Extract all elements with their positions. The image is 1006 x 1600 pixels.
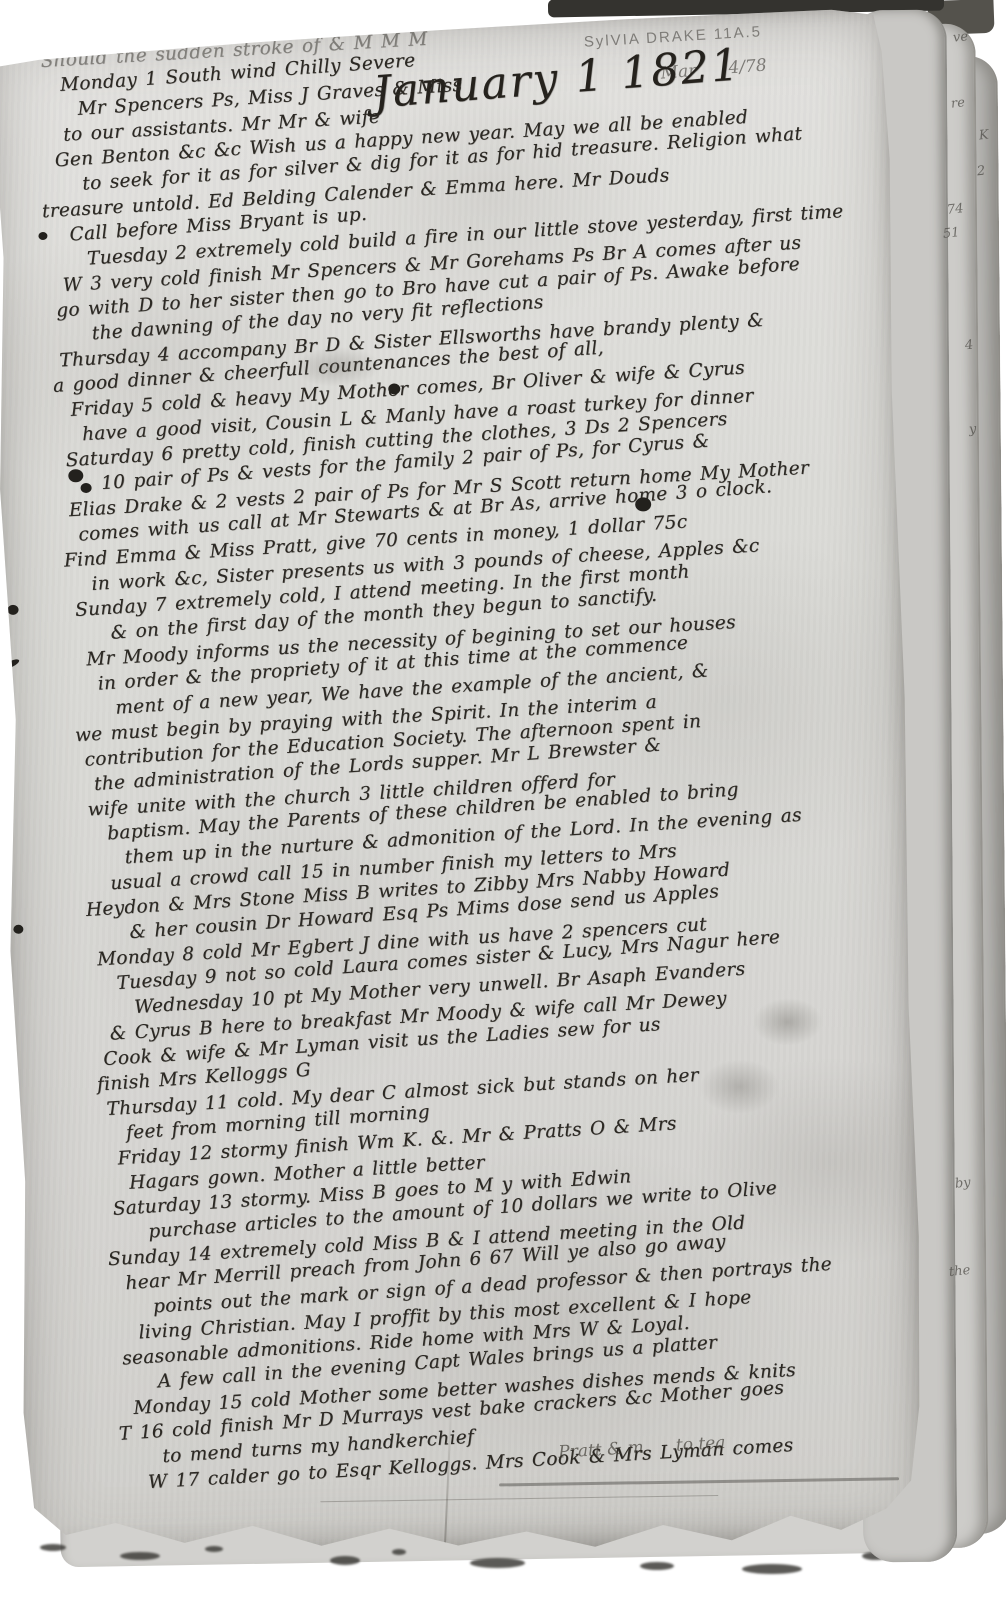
shadow-blob	[330, 1556, 360, 1565]
edge-mark: K	[978, 128, 989, 144]
diary-page: SylVIA DRAKE 11A.5 Mar 4/78 January 1 18…	[0, 5, 933, 1567]
edge-marks: vereK274514ybythe	[935, 0, 1006, 1600]
edge-mark: 4	[964, 338, 974, 354]
edge-mark: 2	[976, 164, 986, 180]
edge-mark: by	[954, 1175, 971, 1192]
edge-mark: 51	[942, 225, 960, 242]
edge-mark: re	[950, 95, 965, 111]
ink-blot	[7, 605, 18, 615]
shadow-blob	[470, 1558, 525, 1568]
diary-text: Should the sudden stroke of & M M MMonda…	[18, 0, 987, 1498]
scanned-page-background: vereK274514ybythe SylVIA DRAKE 11A.5 Mar…	[0, 0, 1006, 1600]
shadow-blob	[392, 1549, 406, 1555]
edge-mark: 74	[946, 201, 964, 218]
edge-mark: y	[968, 422, 977, 438]
shadow-blob	[742, 1564, 802, 1574]
shadow-blob	[640, 1562, 674, 1570]
edge-mark: the	[948, 1263, 971, 1280]
shadow-blob	[120, 1552, 160, 1560]
edge-mark: ve	[952, 29, 969, 45]
ink-blot	[13, 925, 23, 934]
torn-edge-shadow	[499, 1477, 899, 1486]
shadow-blob	[205, 1546, 223, 1552]
shadow-blob	[40, 1544, 66, 1551]
